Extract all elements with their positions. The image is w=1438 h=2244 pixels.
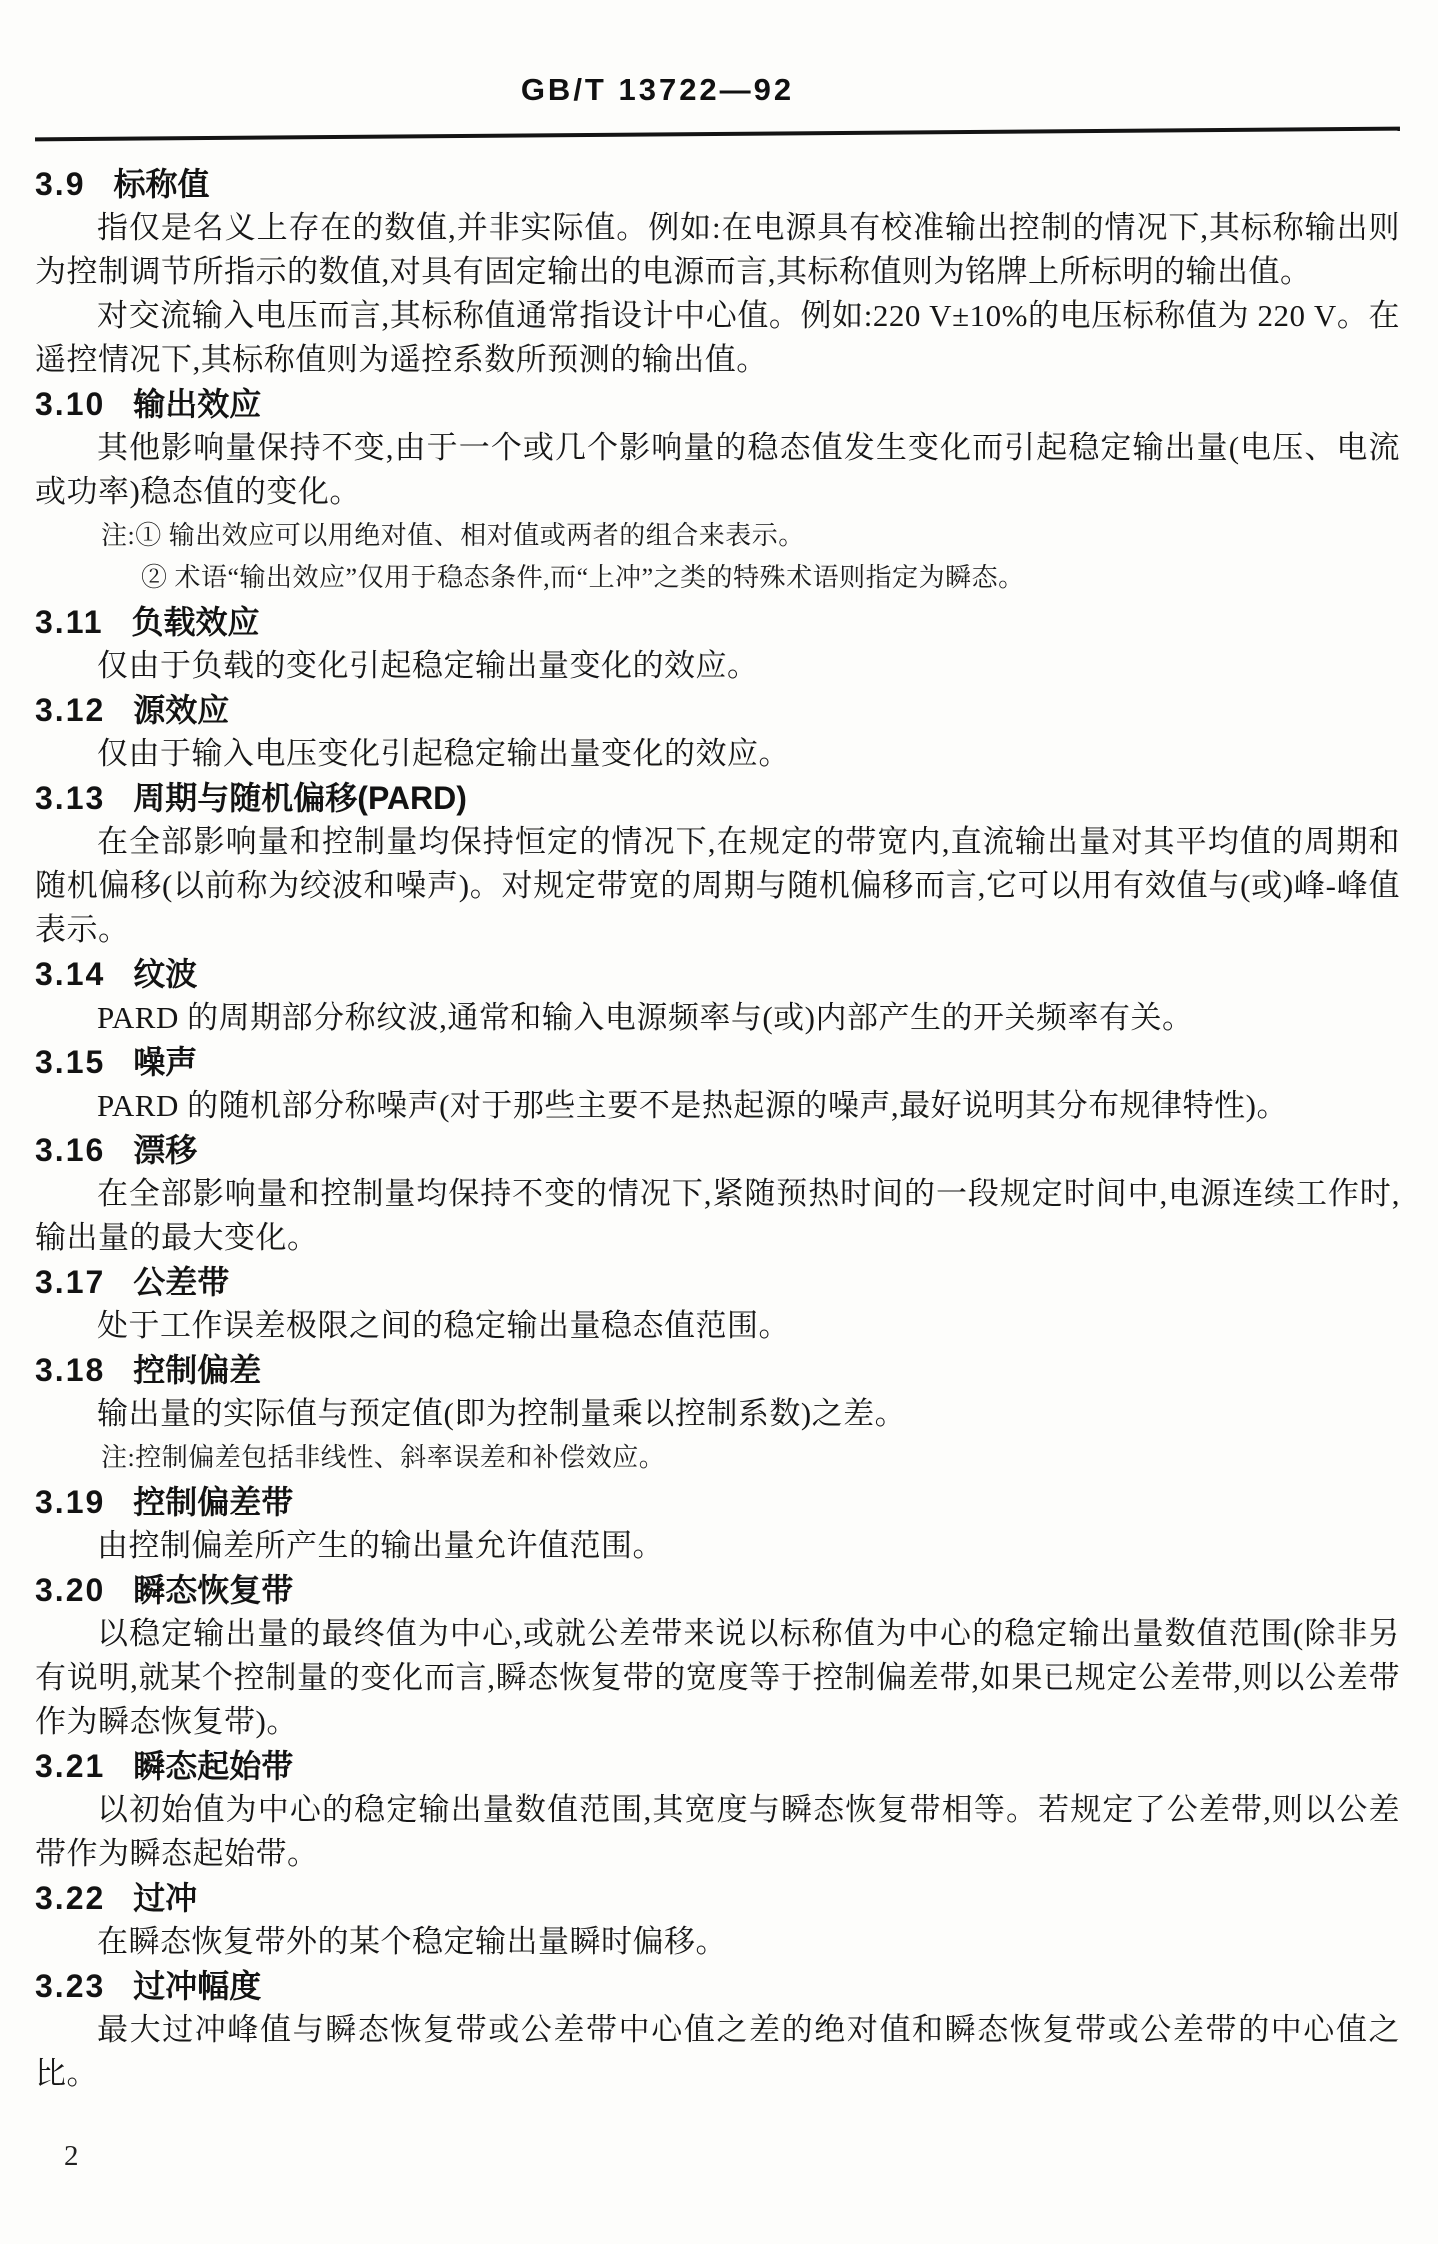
section-paragraph: 仅由于输入电压变化引起稳定输出量变化的效应。 [35, 732, 1400, 776]
definition-section: 3.14纹波PARD 的周期部分称纹波,通常和输入电源频率与(或)内部产生的开关… [35, 952, 1400, 1040]
section-clause-number: 3.20 [35, 1572, 105, 1608]
definition-section: 3.19控制偏差带由控制偏差所产生的输出量允许值范围。 [35, 1480, 1400, 1568]
section-title: 控制偏差 [133, 1352, 261, 1388]
definition-section: 3.15噪声PARD 的随机部分称噪声(对于那些主要不是热起源的噪声,最好说明其… [35, 1040, 1400, 1128]
definition-section: 3.23过冲幅度最大过冲峰值与瞬态恢复带或公差带中心值之差的绝对值和瞬态恢复带或… [35, 1964, 1400, 2096]
section-clause-number: 3.12 [35, 692, 105, 728]
definition-section: 3.17公差带处于工作误差极限之间的稳定输出量稳态值范围。 [35, 1260, 1400, 1348]
definition-section: 3.11负载效应仅由于负载的变化引起稳定输出量变化的效应。 [35, 600, 1400, 688]
section-paragraph: 仅由于负载的变化引起稳定输出量变化的效应。 [35, 644, 1400, 688]
section-clause-number: 3.15 [35, 1044, 105, 1080]
section-clause-number: 3.16 [35, 1132, 105, 1168]
section-clause-number: 3.9 [35, 166, 85, 202]
section-heading: 3.16漂移 [35, 1128, 1400, 1172]
section-paragraph: 最大过冲峰值与瞬态恢复带或公差带中心值之差的绝对值和瞬态恢复带或公差带的中心值之… [35, 2008, 1400, 2096]
section-paragraph: 以稳定输出量的最终值为中心,或就公差带来说以标称值为中心的稳定输出量数值范围(除… [35, 1612, 1400, 1744]
definition-section: 3.13周期与随机偏移(PARD)在全部影响量和控制量均保持恒定的情况下,在规定… [35, 776, 1400, 952]
section-clause-number: 3.22 [35, 1880, 105, 1916]
section-clause-number: 3.10 [35, 386, 105, 422]
definition-section: 3.12源效应仅由于输入电压变化引起稳定输出量变化的效应。 [35, 688, 1400, 776]
header-rule [35, 127, 1400, 142]
section-heading: 3.14纹波 [35, 952, 1400, 996]
section-title: 周期与随机偏移(PARD) [133, 780, 467, 816]
section-title: 过冲 [133, 1880, 197, 1916]
section-heading: 3.11负载效应 [35, 600, 1400, 644]
section-heading: 3.13周期与随机偏移(PARD) [35, 776, 1400, 820]
section-paragraph: 在全部影响量和控制量均保持不变的情况下,紧随预热时间的一段规定时间中,电源连续工… [35, 1172, 1400, 1260]
section-paragraph: 处于工作误差极限之间的稳定输出量稳态值范围。 [35, 1304, 1400, 1348]
definition-section: 3.21瞬态起始带以初始值为中心的稳定输出量数值范围,其宽度与瞬态恢复带相等。若… [35, 1744, 1400, 1876]
definition-section: 3.16漂移在全部影响量和控制量均保持不变的情况下,紧随预热时间的一段规定时间中… [35, 1128, 1400, 1260]
section-paragraph: 在全部影响量和控制量均保持恒定的情况下,在规定的带宽内,直流输出量对其平均值的周… [35, 820, 1400, 952]
section-clause-number: 3.17 [35, 1264, 105, 1300]
section-title: 瞬态起始带 [133, 1748, 293, 1784]
section-heading: 3.20瞬态恢复带 [35, 1568, 1400, 1612]
section-paragraph: PARD 的随机部分称噪声(对于那些主要不是热起源的噪声,最好说明其分布规律特性… [35, 1084, 1400, 1128]
section-clause-number: 3.14 [35, 956, 105, 992]
page-header: GB/T 13722—92 [35, 72, 1400, 108]
section-heading: 3.15噪声 [35, 1040, 1400, 1084]
section-clause-number: 3.11 [35, 604, 104, 640]
section-title: 噪声 [133, 1044, 197, 1080]
section-heading: 3.12源效应 [35, 688, 1400, 732]
section-clause-number: 3.19 [35, 1484, 105, 1520]
definition-section: 3.9标称值指仅是名义上存在的数值,并非实际值。例如:在电源具有校准输出控制的情… [35, 162, 1400, 382]
section-title: 输出效应 [133, 386, 261, 422]
section-clause-number: 3.13 [35, 780, 105, 816]
section-paragraph: 由控制偏差所产生的输出量允许值范围。 [35, 1524, 1400, 1568]
section-clause-number: 3.23 [35, 1968, 105, 2004]
section-title: 标称值 [113, 166, 209, 202]
section-paragraph: 其他影响量保持不变,由于一个或几个影响量的稳态值发生变化而引起稳定输出量(电压、… [35, 426, 1400, 514]
section-paragraph: 在瞬态恢复带外的某个稳定输出量瞬时偏移。 [35, 1920, 1400, 1964]
section-clause-number: 3.18 [35, 1352, 105, 1388]
section-paragraph: 指仅是名义上存在的数值,并非实际值。例如:在电源具有校准输出控制的情况下,其标称… [35, 206, 1400, 294]
section-heading: 3.22过冲 [35, 1876, 1400, 1920]
section-paragraph: 对交流输入电压而言,其标称值通常指设计中心值。例如:220 V±10%的电压标称… [35, 294, 1400, 382]
definition-section: 3.20瞬态恢复带以稳定输出量的最终值为中心,或就公差带来说以标称值为中心的稳定… [35, 1568, 1400, 1744]
section-note: 注:控制偏差包括非线性、斜率误差和补偿效应。 [101, 1438, 1400, 1478]
section-title: 控制偏差带 [133, 1484, 293, 1520]
section-title: 公差带 [133, 1264, 229, 1300]
definition-section: 3.10输出效应其他影响量保持不变,由于一个或几个影响量的稳态值发生变化而引起稳… [35, 382, 1400, 598]
section-heading: 3.18控制偏差 [35, 1348, 1400, 1392]
standard-number: GB/T 13722—92 [521, 72, 794, 107]
definition-section: 3.18控制偏差输出量的实际值与预定值(即为控制量乘以控制系数)之差。注:控制偏… [35, 1348, 1400, 1478]
document-body: 3.9标称值指仅是名义上存在的数值,并非实际值。例如:在电源具有校准输出控制的情… [35, 162, 1400, 2096]
section-heading: 3.23过冲幅度 [35, 1964, 1400, 2008]
section-paragraph: PARD 的周期部分称纹波,通常和输入电源频率与(或)内部产生的开关频率有关。 [35, 996, 1400, 1040]
section-title: 纹波 [133, 956, 197, 992]
section-title: 过冲幅度 [133, 1968, 261, 2004]
section-heading: 3.9标称值 [35, 162, 1400, 206]
document-page: GB/T 13722—92 3.9标称值指仅是名义上存在的数值,并非实际值。例如… [0, 0, 1438, 2244]
section-heading: 3.21瞬态起始带 [35, 1744, 1400, 1788]
section-note: 注:① 输出效应可以用绝对值、相对值或两者的组合来表示。 [101, 516, 1400, 556]
page-number: 2 [64, 2140, 79, 2173]
section-title: 漂移 [133, 1132, 197, 1168]
section-title: 负载效应 [132, 604, 260, 640]
section-heading: 3.19控制偏差带 [35, 1480, 1400, 1524]
section-clause-number: 3.21 [35, 1748, 105, 1784]
section-note: ② 术语“输出效应”仅用于稳态条件,而“上冲”之类的特殊术语则指定为瞬态。 [141, 558, 1400, 598]
section-heading: 3.10输出效应 [35, 382, 1400, 426]
section-paragraph: 以初始值为中心的稳定输出量数值范围,其宽度与瞬态恢复带相等。若规定了公差带,则以… [35, 1788, 1400, 1876]
section-title: 瞬态恢复带 [133, 1572, 293, 1608]
section-heading: 3.17公差带 [35, 1260, 1400, 1304]
section-paragraph: 输出量的实际值与预定值(即为控制量乘以控制系数)之差。 [35, 1392, 1400, 1436]
definition-section: 3.22过冲在瞬态恢复带外的某个稳定输出量瞬时偏移。 [35, 1876, 1400, 1964]
section-title: 源效应 [133, 692, 229, 728]
